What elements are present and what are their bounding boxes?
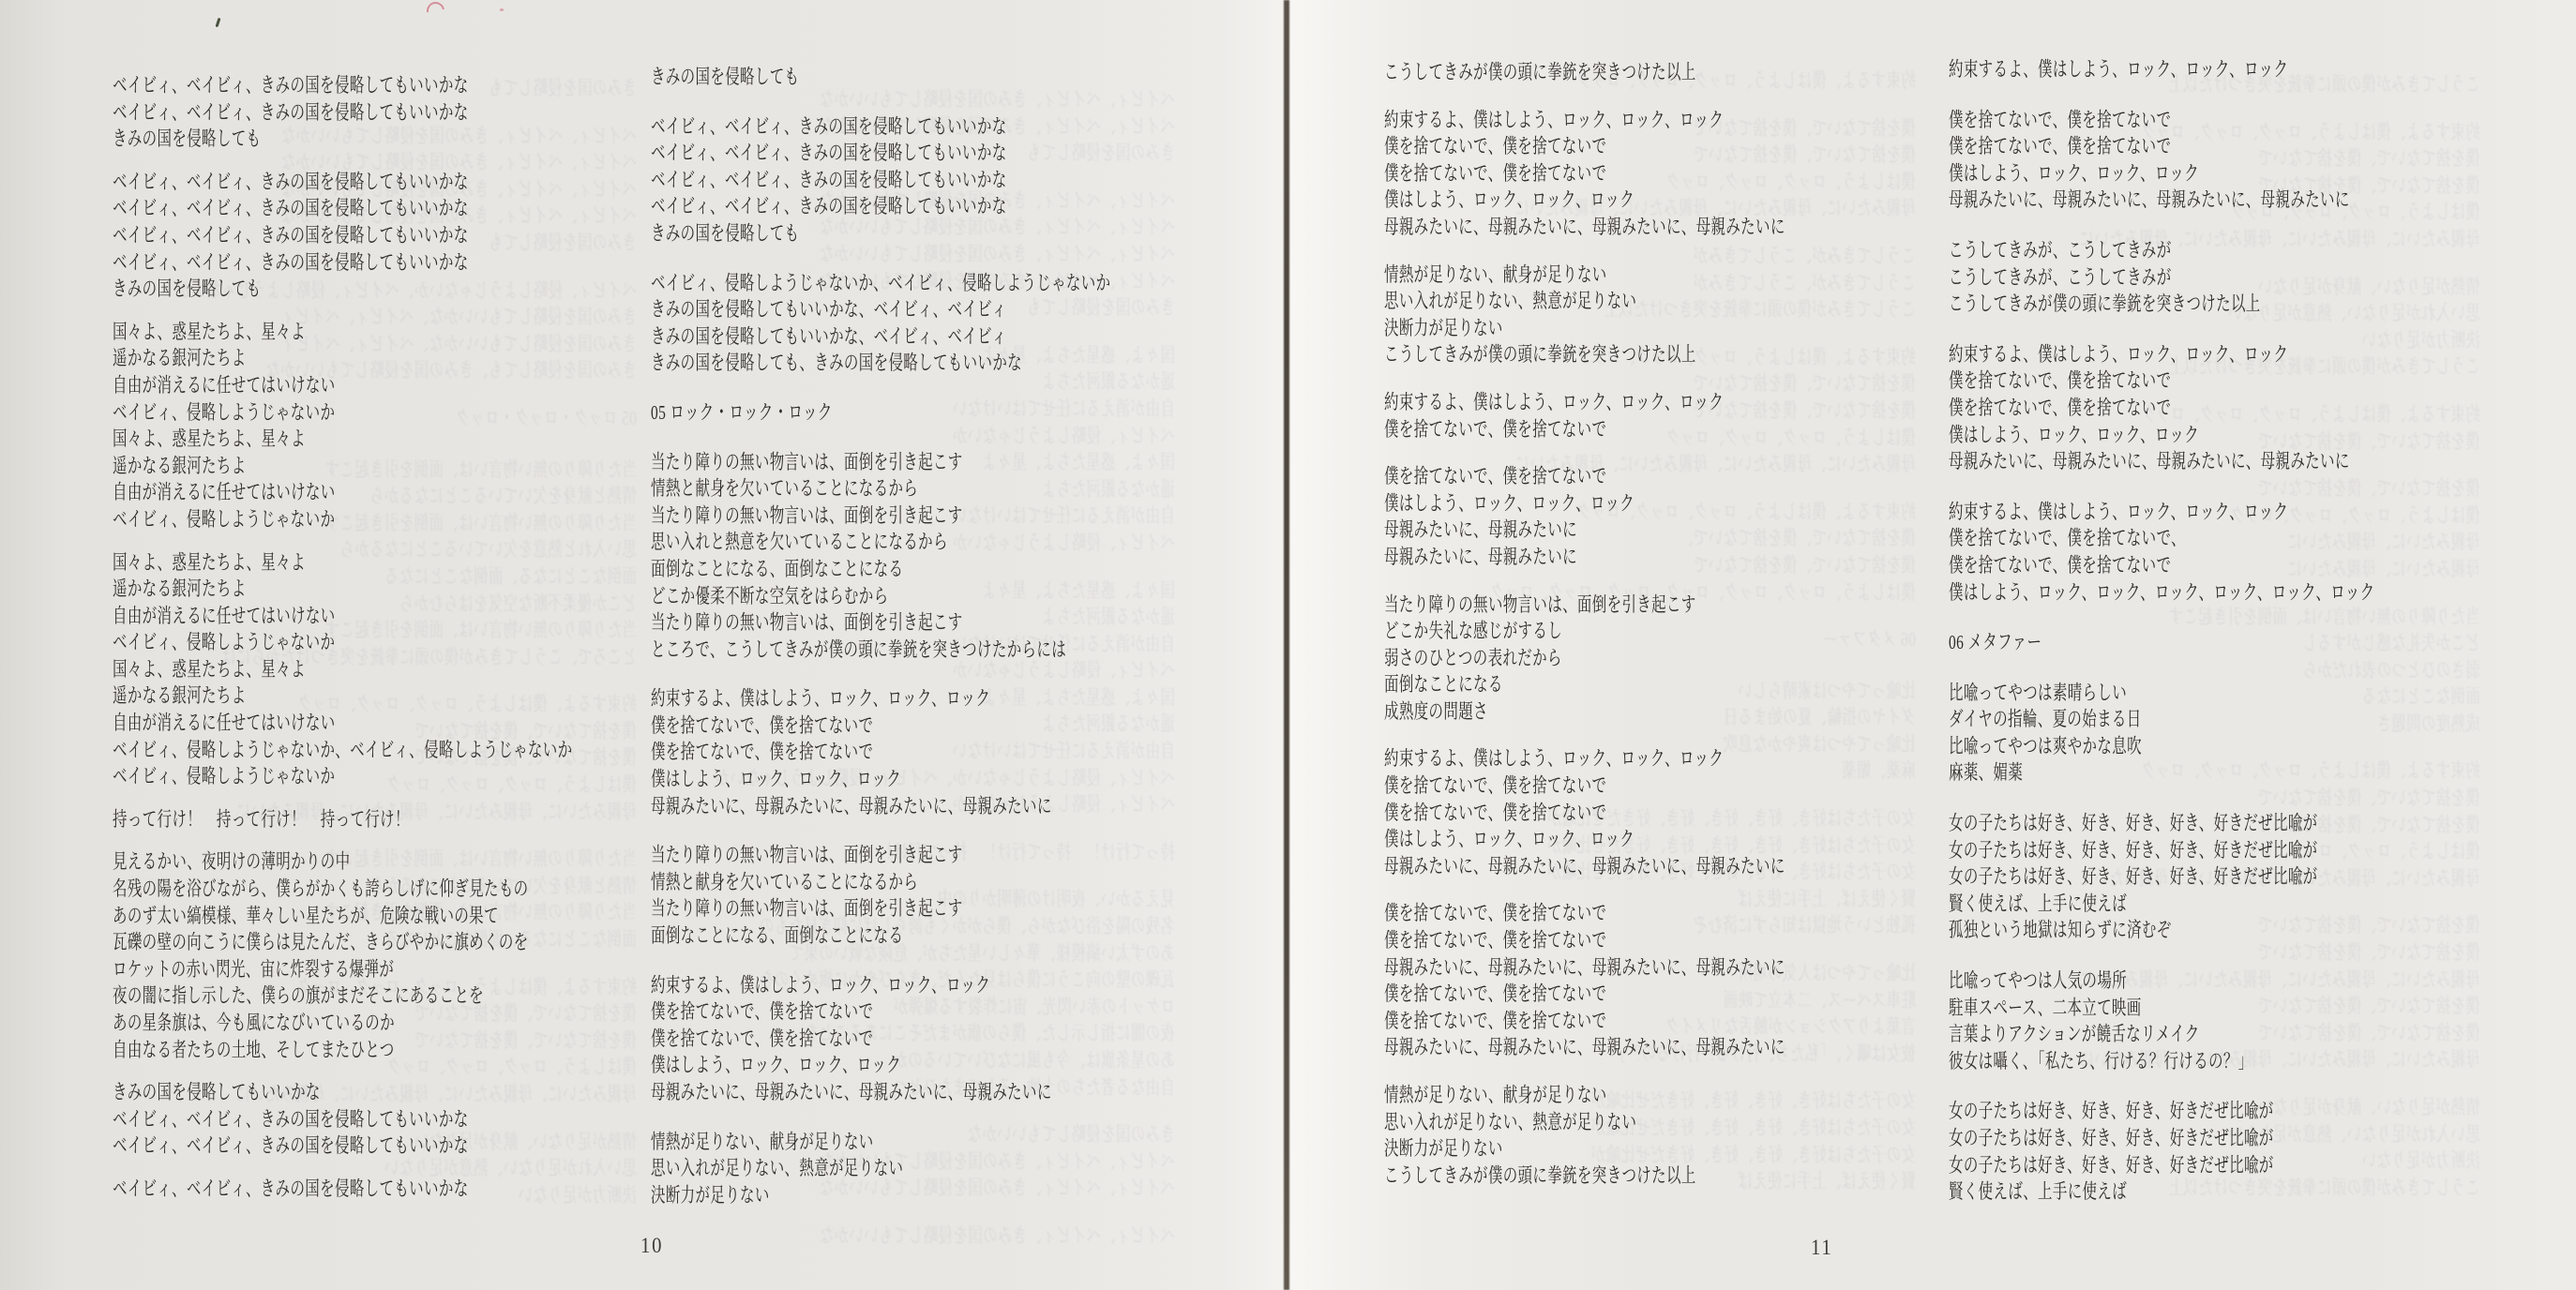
lyric-line: 約束するよ、僕はしよう、ロック、ロック、ロック — [1949, 499, 2374, 526]
lyric-line: 決断力が足りない — [1384, 1135, 1785, 1162]
stanza: 当たり障りの無い物言いは、面倒を引き起こす情熱と献身を欠いていることになるから当… — [651, 449, 1289, 664]
lyric-line: 比喩ってやつは人気の場所 — [1949, 967, 2374, 995]
lyric-line: ところで、こうしてきみが僕の頭に拳銃を突きつけたからには — [651, 637, 1110, 664]
lyric-line: 僕を捨てないで、僕を捨てないで — [651, 998, 1110, 1026]
lyric-line: きみの国を侵略しても — [113, 126, 572, 153]
lyric-line: 女の子たちは好き、好き、好き、好きだぜ比喩が — [1949, 1152, 2374, 1179]
lyric-line: 瓦礫の壁の向こうに僕らは見たんだ、きらびやかに旗めくのを — [113, 929, 572, 956]
lyric-line: 国々よ、惑星たちよ、星々よ — [113, 319, 572, 346]
lyric-line: 僕を捨てないで、僕を捨てないで、 — [1949, 525, 2374, 552]
lyric-line: きみの国を侵略しても — [651, 64, 1110, 91]
lyric-line: ベイビィ、侵略しようじゃないか、ベイビィ、侵略しようじゃないか — [651, 270, 1110, 297]
lyric-line: 女の子たちは好き、好き、好き、好き、好きだぜ比喩が — [1949, 810, 2374, 837]
page-left: ベイビィ、ベイビィ、きみの国を侵略してもいいかなベイビィ、ベイビィ、きみの国を侵… — [0, 0, 1288, 1290]
lyric-line: ベイビィ、ベイビィ、きみの国を侵略してもいいかな — [113, 1106, 572, 1133]
lyric-line: 情熱が足りない、献身が足りない — [1384, 262, 1785, 289]
lyric-line: 自由が消えるに任せてはいけない — [113, 372, 572, 399]
page-number-left: 10 — [640, 1234, 663, 1258]
lyric-line: 国々よ、惑星たちよ、星々よ — [113, 549, 572, 577]
stanza: 約束するよ、僕はしよう、ロック、ロック、ロック僕を捨てないで、僕を捨てないで僕を… — [651, 972, 1289, 1106]
paper-speck — [500, 8, 504, 11]
stanza: 僕を捨てないで、僕を捨てないで僕はしよう、ロック、ロック、ロック母親みたいに、母… — [1384, 463, 1941, 570]
stanza: こうしてきみが、こうしてきみがこうしてきみが、こうしてきみがこうしてきみが僕の頭… — [1949, 237, 2540, 318]
lyric-line: 自由が消えるに任せてはいけない — [113, 603, 572, 630]
stanza: ベイビィ、ベイビィ、きみの国を侵略してもいいかなベイビィ、ベイビィ、きみの国を侵… — [651, 113, 1289, 247]
lyric-line: 遥かなる銀河たちよ — [113, 453, 572, 480]
stanza: 女の子たちは好き、好き、好き、好き、好きだぜ比喩が女の子たちは好き、好き、好き、… — [1949, 810, 2540, 944]
lyric-line: 母親みたいに、母親みたいに、母親みたいに、母親みたいに — [1384, 214, 1785, 241]
lyric-line: 見えるかい、夜明けの薄明かりの中 — [113, 848, 572, 876]
lyric-line: 僕はしよう、ロック、ロック、ロック、ロック、ロック、ロック — [1949, 579, 2374, 607]
lyric-line: 母親みたいに、母親みたいに — [1384, 544, 1785, 571]
lyric-line: ベイビィ、侵略しようじゃないか — [113, 506, 572, 533]
lyric-line: ベイビィ、ベイビィ、きみの国を侵略してもいいかな — [651, 167, 1110, 194]
lyric-line: 女の子たちは好き、好き、好き、好き、好きだぜ比喩が — [1949, 863, 2374, 891]
lyric-line: 僕を捨てないで、僕を捨てないで — [1949, 107, 2374, 134]
stanza: こうしてきみが僕の頭に拳銃を突きつけた以上 — [1384, 59, 1941, 86]
lyric-line: 当たり障りの無い物言いは、面倒を引き起こす — [651, 895, 1110, 922]
lyric-line: きみの国を侵略してもいいかな — [113, 1079, 572, 1106]
lyric-line: 僕を捨てないで、僕を捨てないで — [651, 739, 1110, 766]
stanza: 情熱が足りない、献身が足りない思い入れが足りない、熱意が足りない決断力が足りない… — [1384, 1082, 1941, 1189]
lyric-line: 約束するよ、僕はしよう、ロック、ロック、ロック — [1949, 341, 2374, 368]
lyric-line: 自由が消えるに任せてはいけない — [113, 479, 572, 506]
lyric-line: 約束するよ、僕はしよう、ロック、ロック、ロック — [1384, 107, 1785, 134]
stanza: 比喩ってやつは人気の場所駐車スペース、二本立て映画言葉よりアクションが饒舌なリメ… — [1949, 967, 2540, 1074]
lyric-line: 僕はしよう、ロック、ロック、ロック — [1949, 422, 2374, 449]
lyric-line: どこか優柔不断な空気をはらむから — [651, 583, 1110, 610]
lyric-line: 決断力が足りない — [1384, 315, 1785, 342]
lyric-line: 彼女は囁く、「私たち、行ける？行けるの？」 — [1949, 1048, 2374, 1075]
lyric-line: 僕を捨てないで、僕を捨てないで — [1384, 772, 1785, 800]
lyric-line: 国々よ、惑星たちよ、星々よ — [113, 426, 572, 453]
lyric-line: 当たり障りの無い物言いは、面倒を引き起こす — [651, 609, 1110, 637]
lyric-line: ベイビィ、侵略しようじゃないか、ベイビィ、侵略しようじゃないか — [113, 737, 572, 764]
lyric-line: 遥かなる銀河たちよ — [113, 682, 572, 710]
lyric-line: 僕を捨てないで、僕を捨てないで — [1949, 395, 2374, 422]
lyric-line: こうしてきみが僕の頭に拳銃を突きつけた以上 — [1384, 341, 1785, 368]
lyric-line: 思い入れが足りない、熱意が足りない — [651, 1155, 1110, 1182]
lyric-line: 成熟度の問題さ — [1384, 698, 1785, 726]
lyric-line: 僕を捨てないで、僕を捨てないで — [1949, 552, 2374, 579]
lyric-line: 情熱が足りない、献身が足りない — [651, 1129, 1110, 1156]
lyric-line: あの星条旗は、今も風になびいているのか — [113, 1010, 572, 1037]
lyric-line: 弱さのひとつの表れだから — [1384, 645, 1785, 672]
page-right: こうしてきみが僕の頭に拳銃を突きつけた以上約束するよ、僕はしよう、ロック、ロック… — [1288, 0, 2576, 1290]
stanza: 比喩ってやつは素晴らしいダイヤの指輪、夏の始まる日比喩ってやつは爽やかな息吹麻薬… — [1949, 680, 2540, 787]
track-header: 06 メタファー — [1949, 629, 2540, 656]
lyric-line: 僕を捨てないで、僕を捨てないで — [1384, 1008, 1785, 1035]
lyric-line: 当たり障りの無い物言いは、面倒を引き起こす — [1384, 592, 1785, 619]
lyric-line: ベイビィ、ベイビィ、きみの国を侵略してもいいかな — [113, 195, 572, 222]
track-title-line: 05 ロック・ロック・ロック — [651, 399, 1110, 427]
stanza: 当たり障りの無い物言いは、面倒を引き起こすどこか失礼な感じがするし弱さのひとつの… — [1384, 592, 1941, 726]
lyric-line: 国々よ、惑星たちよ、星々よ — [113, 656, 572, 683]
lyric-line: 母親みたいに、母親みたいに — [1384, 517, 1785, 544]
stanza: 約束するよ、僕はしよう、ロック、ロック、ロック僕を捨てないで、僕を捨てないで僕を… — [1949, 341, 2540, 475]
lyric-line: 母親みたいに、母親みたいに、母親みたいに、母親みたいに — [651, 1079, 1110, 1106]
stanza: 約束するよ、僕はしよう、ロック、ロック、ロック — [1949, 56, 2540, 83]
lyric-line: ベイビィ、ベイビィ、きみの国を侵略してもいいかな — [651, 113, 1110, 141]
lyric-line: こうしてきみが僕の頭に拳銃を突きつけた以上 — [1949, 291, 2374, 318]
stanza: 情熱が足りない、献身が足りない思い入れが足りない、熱意が足りない決断力が足りない… — [1384, 262, 1941, 368]
stanza: 女の子たちは好き、好き、好き、好きだぜ比喩が女の子たちは好き、好き、好き、好きだ… — [1949, 1098, 2540, 1205]
lyric-line: きみの国を侵略しても — [113, 276, 572, 303]
track-title-line: 06 メタファー — [1949, 629, 2374, 656]
lyric-line: 母親みたいに、母親みたいに、母親みたいに、母親みたいに — [1384, 954, 1785, 982]
lyric-line: ベイビィ、ベイビィ、きみの国を侵略してもいいかな — [113, 1176, 572, 1203]
lyric-line: ベイビィ、ベイビィ、きみの国を侵略してもいいかな — [113, 99, 572, 127]
lyric-line: 僕を捨てないで、僕を捨てないで — [1384, 463, 1785, 490]
lyric-line: こうしてきみが僕の頭に拳銃を突きつけた以上 — [1384, 1162, 1785, 1190]
booklet-spread: ベイビィ、ベイビィ、きみの国を侵略してもいいかなベイビィ、ベイビィ、きみの国を侵… — [0, 0, 2576, 1290]
lyric-line: 約束するよ、僕はしよう、ロック、ロック、ロック — [651, 972, 1110, 999]
lyric-line: 当たり障りの無い物言いは、面倒を引き起こす — [651, 502, 1110, 530]
lyric-line: 僕を捨てないで、僕を捨てないで — [1384, 133, 1785, 160]
lyric-line: ベイビィ、ベイビィ、きみの国を侵略してもいいかな — [651, 193, 1110, 220]
lyric-line: 僕を捨てないで、僕を捨てないで — [1384, 160, 1785, 187]
lyrics-column-2: きみの国を侵略してもベイビィ、ベイビィ、きみの国を侵略してもいいかなベイビィ、ベ… — [651, 64, 1289, 1231]
lyric-line: こうしてきみが、こうしてきみが — [1949, 237, 2374, 264]
lyric-line: 約束するよ、僕はしよう、ロック、ロック、ロック — [1949, 56, 2374, 83]
lyric-line: ダイヤの指輪、夏の始まる日 — [1949, 706, 2374, 733]
lyric-line: 持って行け！ 持って行け！ 持って行け！ — [113, 806, 572, 833]
track-header: 05 ロック・ロック・ロック — [651, 399, 1289, 427]
lyric-line: 当たり障りの無い物言いは、面倒を引き起こす — [651, 842, 1110, 869]
lyric-line: きみの国を侵略しても、きみの国を侵略してもいいかな — [651, 350, 1110, 377]
lyric-line: 駐車スペース、二本立て映画 — [1949, 995, 2374, 1022]
lyric-line: 自由なる者たちの土地、そしてまたひとつ — [113, 1037, 572, 1064]
lyric-line: どこか失礼な感じがするし — [1384, 618, 1785, 645]
lyric-line: 面倒なことになる、面倒なことになる — [651, 556, 1110, 583]
lyric-line: 僕を捨てないで、僕を捨てないで — [1384, 927, 1785, 954]
lyric-line: 遥かなる銀河たちよ — [113, 576, 572, 603]
lyric-line: 母親みたいに、母親みたいに、母親みたいに、母親みたいに — [1949, 187, 2374, 214]
stanza: きみの国を侵略しても — [651, 64, 1289, 91]
lyric-line: 僕を捨てないで、僕を捨てないで — [651, 712, 1110, 740]
lyric-line: ベイビィ、ベイビィ、きみの国を侵略してもいいかな — [113, 72, 572, 99]
lyric-line: ベイビィ、侵略しようじゃないか — [113, 629, 572, 656]
stanza: 当たり障りの無い物言いは、面倒を引き起こす情熱と献身を欠いていることになるから当… — [651, 842, 1289, 949]
lyric-line: 僕はしよう、ロック、ロック、ロック — [1949, 160, 2374, 187]
lyric-line: 約束するよ、僕はしよう、ロック、ロック、ロック — [1384, 745, 1785, 772]
lyric-line: 名残の陽を浴びながら、僕らがかくも誇らしげに仰ぎ見たもの — [113, 876, 572, 903]
lyric-line: 孤独という地獄は知らずに済むぞ — [1949, 917, 2374, 944]
lyric-line: 女の子たちは好き、好き、好き、好き、好きだぜ比喩が — [1949, 837, 2374, 864]
lyric-line: 母親みたいに、母親みたいに、母親みたいに、母親みたいに — [1384, 1034, 1785, 1061]
lyric-line: 僕はしよう、ロック、ロック、ロック — [1384, 826, 1785, 853]
lyric-line: 僕はしよう、ロック、ロック、ロック — [1384, 187, 1785, 214]
lyric-line: 比喩ってやつは爽やかな息吹 — [1949, 733, 2374, 760]
lyric-line: 僕を捨てないで、僕を捨てないで — [1384, 800, 1785, 827]
lyric-line: 面倒なことになる — [1384, 671, 1785, 698]
lyric-line: 思い入れが足りない、熱意が足りない — [1384, 1109, 1785, 1136]
lyric-line: ロケットの赤い閃光、宙に炸裂する爆弾が — [113, 956, 572, 983]
stanza: 僕を捨てないで、僕を捨てないで僕を捨てないで、僕を捨てないで母親みたいに、母親み… — [1384, 900, 1941, 1061]
lyric-line: 約束するよ、僕はしよう、ロック、ロック、ロック — [1384, 389, 1785, 416]
lyric-line: 母親みたいに、母親みたいに、母親みたいに、母親みたいに — [1384, 853, 1785, 880]
lyric-line: 遥かなる銀河たちよ — [113, 345, 572, 372]
lyric-line: 賢く使えば、上手に使えば — [1949, 1178, 2374, 1206]
paper-speck — [216, 18, 221, 27]
lyric-line: ベイビィ、ベイビィ、きみの国を侵略してもいいかな — [651, 140, 1110, 167]
lyric-line: 母親みたいに、母親みたいに、母親みたいに、母親みたいに — [1949, 448, 2374, 475]
lyric-line: 思い入れと熱意を欠いていることになるから — [651, 529, 1110, 556]
lyric-line: きみの国を侵略してもいいかな、ベイビィ、ベイビィ — [651, 323, 1110, 351]
lyric-line: 賢く使えば、上手に使えば — [1949, 891, 2374, 918]
lyric-line: 決断力が足りない — [651, 1182, 1110, 1209]
lyric-line: 言葉よりアクションが饒舌なリメイク — [1949, 1021, 2374, 1048]
stanza: 約束するよ、僕はしよう、ロック、ロック、ロック僕を捨てないで、僕を捨てないで僕を… — [651, 685, 1289, 819]
lyric-line: 女の子たちは好き、好き、好き、好きだぜ比喩が — [1949, 1125, 2374, 1152]
lyric-line: 情熱と献身を欠いていることになるから — [651, 475, 1110, 502]
stanza: 約束するよ、僕はしよう、ロック、ロック、ロック僕を捨てないで、僕を捨てないで — [1384, 389, 1941, 442]
lyrics-column-4: 約束するよ、僕はしよう、ロック、ロック、ロック僕を捨てないで、僕を捨てないで僕を… — [1949, 56, 2540, 1229]
lyric-line: 女の子たちは好き、好き、好き、好きだぜ比喩が — [1949, 1098, 2374, 1125]
lyric-line: ベイビィ、侵略しようじゃないか — [113, 763, 572, 790]
lyric-line: 僕を捨てないで、僕を捨てないで — [1384, 416, 1785, 443]
stanza: ベイビィ、侵略しようじゃないか、ベイビィ、侵略しようじゃないかきみの国を侵略して… — [651, 270, 1289, 377]
lyric-line: 僕を捨てないで、僕を捨てないで — [1384, 981, 1785, 1008]
lyric-line: 僕を捨てないで、僕を捨てないで — [1949, 367, 2374, 395]
stanza: 約束するよ、僕はしよう、ロック、ロック、ロック僕を捨てないで、僕を捨てないで、僕… — [1949, 499, 2540, 606]
center-fold-shadow — [1284, 0, 1289, 1290]
stanza: 僕を捨てないで、僕を捨てないで僕を捨てないで、僕を捨てないで僕はしよう、ロック、… — [1949, 107, 2540, 214]
lyric-line: 僕はしよう、ロック、ロック、ロック — [651, 766, 1110, 793]
lyric-line: 思い入れが足りない、熱意が足りない — [1384, 288, 1785, 315]
lyric-line: 僕はしよう、ロック、ロック、ロック — [651, 1052, 1110, 1079]
page-number-right: 11 — [1811, 1236, 1833, 1260]
stanza: 情熱が足りない、献身が足りない思い入れが足りない、熱意が足りない決断力が足りない — [651, 1129, 1289, 1209]
stanza: 約束するよ、僕はしよう、ロック、ロック、ロック僕を捨てないで、僕を捨てないで僕を… — [1384, 745, 1941, 879]
lyric-line: きみの国を侵略しても — [651, 220, 1110, 247]
lyric-line: ベイビィ、ベイビィ、きみの国を侵略してもいいかな — [113, 249, 572, 277]
lyric-line: 僕を捨てないで、僕を捨てないで — [651, 1026, 1110, 1053]
lyric-line: ベイビィ、侵略しようじゃないか — [113, 399, 572, 427]
lyric-line: ベイビィ、ベイビィ、きみの国を侵略してもいいかな — [113, 169, 572, 196]
lyric-line: ベイビィ、ベイビィ、きみの国を侵略してもいいかな — [113, 222, 572, 249]
lyric-line: 僕はしよう、ロック、ロック、ロック — [1384, 490, 1785, 517]
lyric-line: 僕を捨てないで、僕を捨てないで — [1949, 133, 2374, 160]
lyric-line: こうしてきみが僕の頭に拳銃を突きつけた以上 — [1384, 59, 1785, 86]
lyric-line: 比喩ってやつは素晴らしい — [1949, 680, 2374, 707]
paper-speck — [423, 0, 447, 23]
lyric-line: 麻薬、媚薬 — [1949, 759, 2374, 787]
lyric-line: 約束するよ、僕はしよう、ロック、ロック、ロック — [651, 685, 1110, 712]
stanza: 約束するよ、僕はしよう、ロック、ロック、ロック僕を捨てないで、僕を捨てないで僕を… — [1384, 107, 1941, 241]
lyric-line: こうしてきみが、こうしてきみが — [1949, 264, 2374, 292]
lyric-line: きみの国を侵略してもいいかな、ベイビィ、ベイビィ — [651, 296, 1110, 323]
lyric-line: 自由が消えるに任せてはいけない — [113, 710, 572, 737]
lyric-line: あのず太い縞模様、華々しい星たちが、危険な戦いの果て — [113, 903, 572, 930]
lyric-line: 情熱と献身を欠いていることになるから — [651, 869, 1110, 896]
lyric-line: 当たり障りの無い物言いは、面倒を引き起こす — [651, 449, 1110, 476]
lyric-line: 僕を捨てないで、僕を捨てないで — [1384, 900, 1785, 927]
lyric-line: 面倒なことになる、面倒なことになる — [651, 922, 1110, 950]
lyric-line: 情熱が足りない、献身が足りない — [1384, 1082, 1785, 1109]
lyrics-column-3: こうしてきみが僕の頭に拳銃を突きつけた以上約束するよ、僕はしよう、ロック、ロック… — [1384, 59, 1941, 1209]
lyric-line: 夜の闇に指し示した、僕らの旗がまだそこにあることを — [113, 982, 572, 1010]
lyric-line: ベイビィ、ベイビィ、きみの国を侵略してもいいかな — [113, 1132, 572, 1160]
lyric-line: 母親みたいに、母親みたいに、母親みたいに、母親みたいに — [651, 793, 1110, 820]
